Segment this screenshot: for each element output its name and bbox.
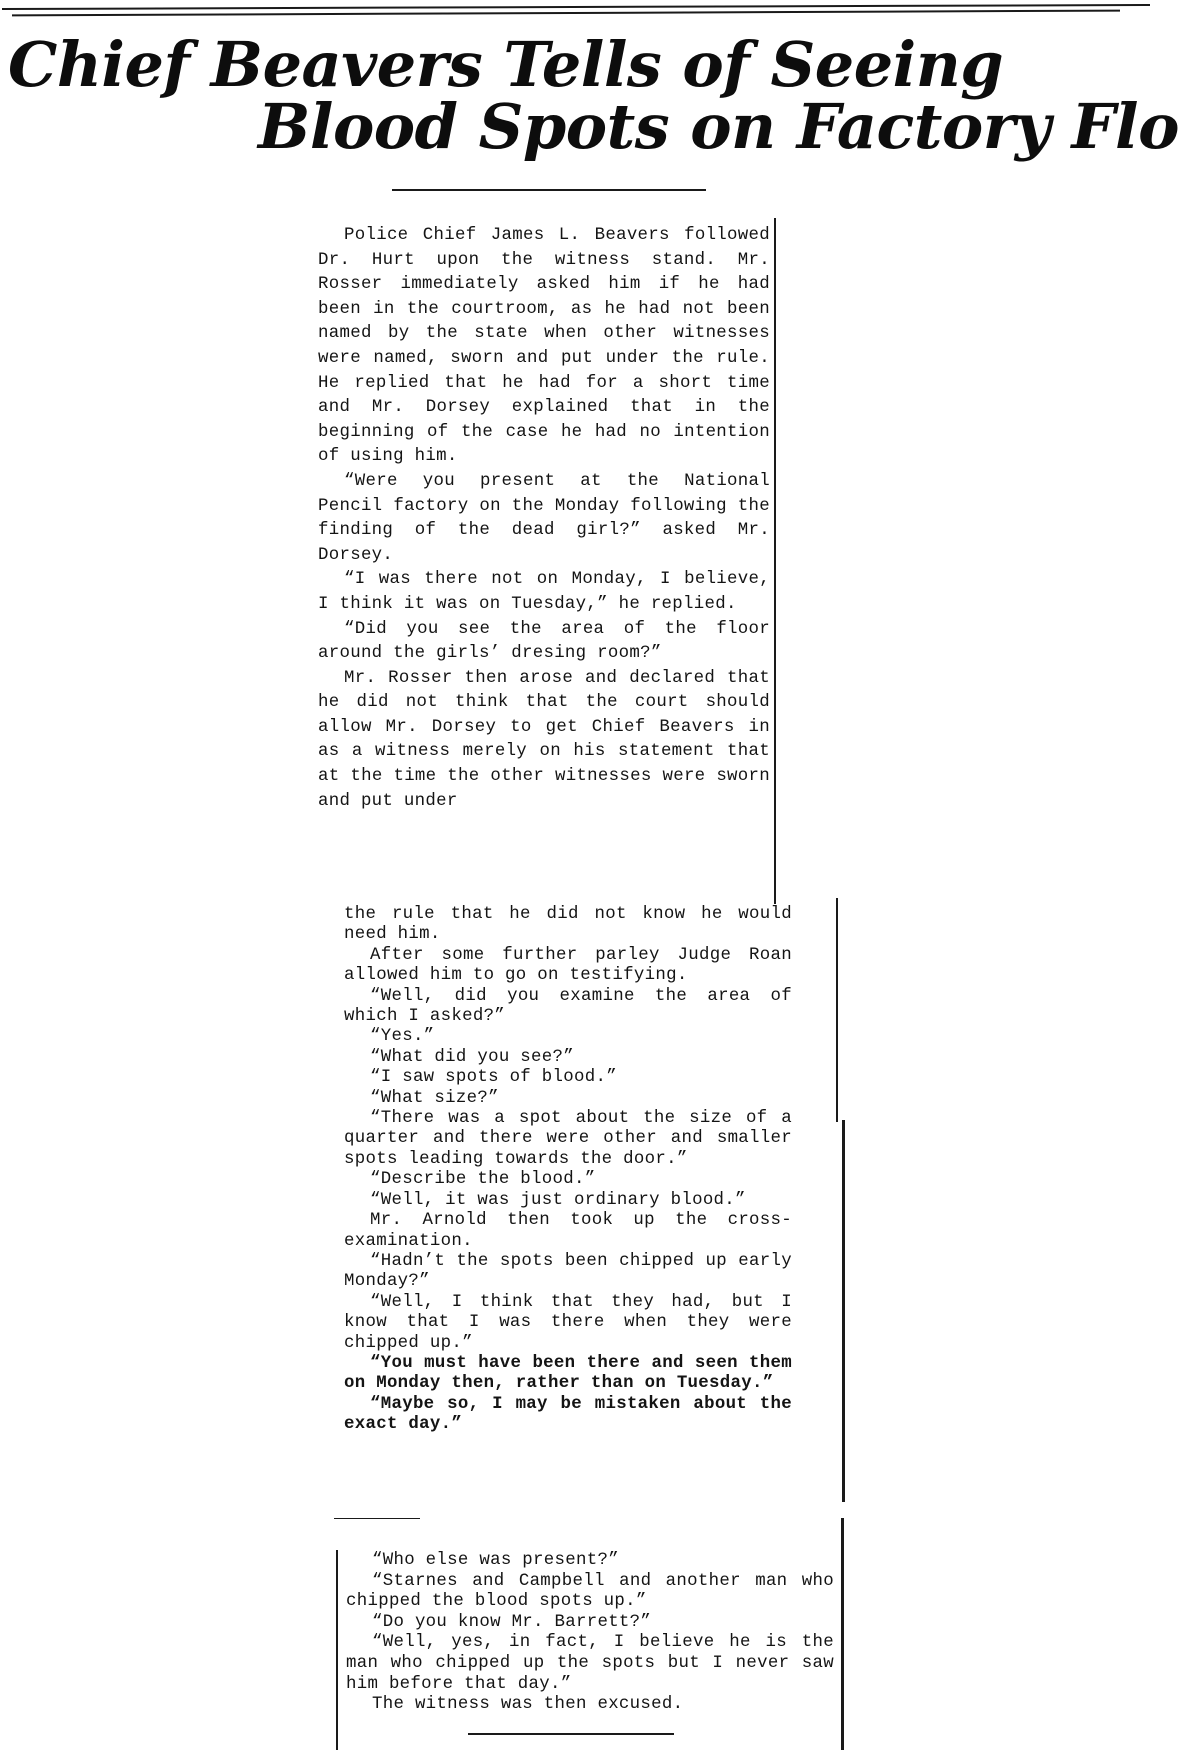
column-2-border-lower — [842, 1120, 845, 1502]
article-column-3: “Who else was present?”“Starnes and Camp… — [346, 1551, 834, 1716]
column-1-border — [774, 218, 776, 904]
paragraph: “Were you present at the National Pencil… — [318, 470, 770, 568]
column-3-right-border — [841, 1518, 844, 1750]
paragraph: “Well, I think that they had, but I know… — [344, 1293, 792, 1354]
paragraph: After some further parley Judge Roan all… — [344, 946, 792, 987]
paragraph: “I was there not on Monday, I believe, I… — [318, 568, 770, 617]
paragraph: “You must have been there and seen them … — [344, 1354, 792, 1395]
paragraph: “Do you know Mr. Barrett?” — [346, 1613, 834, 1634]
paragraph: “There was a spot about the size of a qu… — [344, 1109, 792, 1170]
paragraph: “Yes.” — [344, 1027, 792, 1047]
paragraph: “Well, did you examine the area of which… — [344, 987, 792, 1028]
paragraph: “Who else was present?” — [346, 1551, 834, 1572]
top-rule — [2, 4, 1150, 10]
paragraph: “Hadn’t the spots been chipped up early … — [344, 1252, 792, 1293]
paragraph: Police Chief James L. Beavers followed D… — [318, 224, 770, 470]
headline-line-1: Chief Beavers Tells of Seeing — [8, 34, 1003, 96]
paragraph: “Did you see the area of the floor aroun… — [318, 618, 770, 667]
paragraph: “Describe the blood.” — [344, 1170, 792, 1190]
article-column-1: Police Chief James L. Beavers followed D… — [318, 224, 770, 814]
paragraph: “Maybe so, I may be mistaken about the e… — [344, 1395, 792, 1436]
paragraph: “I saw spots of blood.” — [344, 1068, 792, 1088]
column-3-left-border — [336, 1550, 338, 1750]
end-divider — [468, 1733, 674, 1735]
paragraph: “Well, it was just ordinary blood.” — [344, 1191, 792, 1211]
paragraph: The witness was then excused. — [346, 1695, 834, 1716]
paragraph: Mr. Rosser then arose and declared that … — [318, 667, 770, 815]
section-divider — [334, 1518, 420, 1519]
headline-divider — [392, 189, 706, 191]
headline-line-2: Blood Spots on Factory Floor — [258, 96, 1178, 158]
column-2-border — [836, 898, 838, 1122]
paragraph: “What did you see?” — [344, 1048, 792, 1068]
top-rule-secondary — [12, 10, 1120, 17]
paragraph: “Starnes and Campbell and another man wh… — [346, 1572, 834, 1613]
paragraph: “Well, yes, in fact, I believe he is the… — [346, 1633, 834, 1695]
paragraph: Mr. Arnold then took up the cross-examin… — [344, 1211, 792, 1252]
paragraph: “What size?” — [344, 1089, 792, 1109]
article-column-2: the rule that he did not know he would n… — [344, 905, 792, 1436]
paragraph: the rule that he did not know he would n… — [344, 905, 792, 946]
